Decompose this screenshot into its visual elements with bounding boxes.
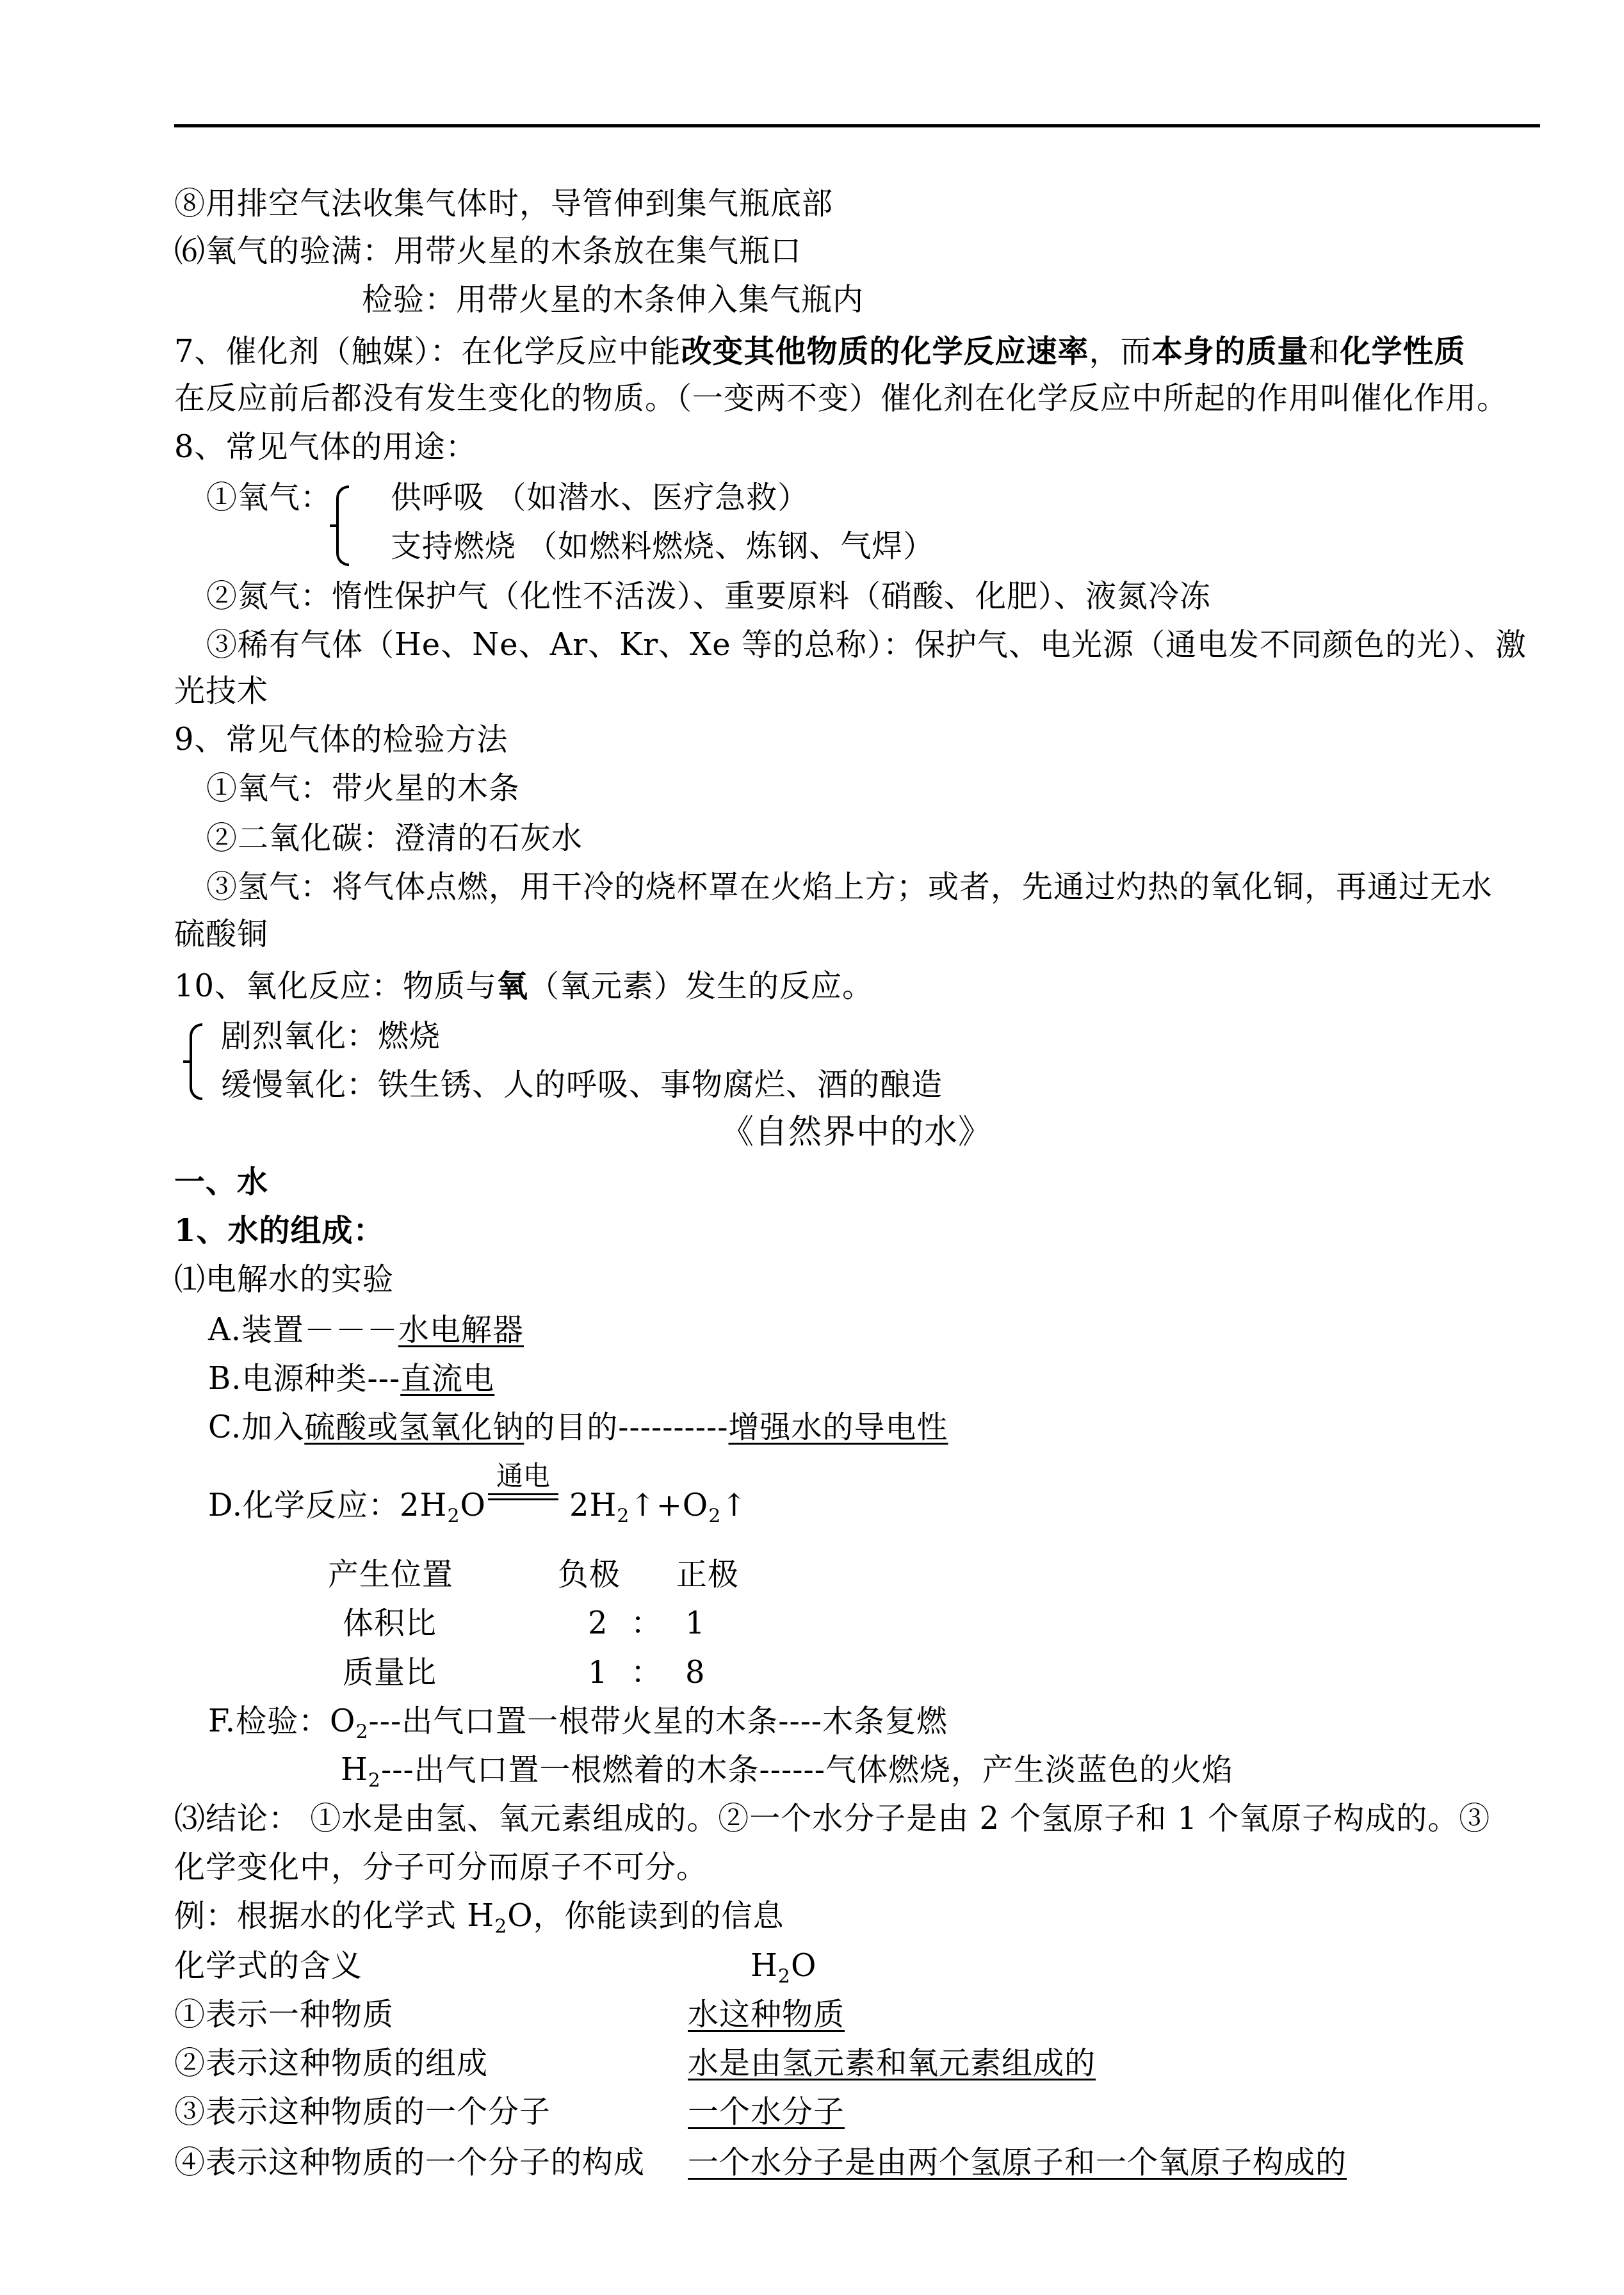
nitrogen-uses: ②氮气：惰性保护气（化性不活泼）、重要原料（硝酸、化肥）、液氮冷冻 [206,577,1211,615]
volume-ratio-negative: 2 [588,1604,608,1642]
reactant-formula-end: O [460,1488,486,1523]
oxygen-subscript: 2 [355,1721,368,1743]
mass-ratio-negative: 1 [588,1653,608,1692]
volume-ratio-label: 体积比 [343,1604,437,1642]
meaning-row-2-right: 水是由氢元素和氧元素组成的 [688,2044,1096,2082]
conclusion-line2: 化学变化中，分子可分而原子不可分。 [174,1848,708,1886]
gas-tests-heading: 9、常见气体的检验方法 [174,720,508,759]
section-water-heading: 一、水 [174,1163,268,1201]
apparatus-answer: 水电解器 [398,1312,524,1348]
noble-gas-uses-line1: ③稀有气体（He、Ne、Ar、Kr、Xe 等的总称）：保护气、电光源（通电发不同… [206,626,1527,664]
gas-uses-heading: 8、常见气体的用途： [174,428,477,466]
additive-purpose-label: 的目的---------- [524,1409,728,1445]
item-a-apparatus: A.装置－－－水电解器 [208,1311,524,1349]
mass-ratio-sep: ： [631,1653,662,1692]
catalyst-prefix: 7、催化剂（触媒）：在化学反应中能 [174,334,681,369]
example-prompt: 例：根据水的化学式 H2O，你能读到的信息 [174,1897,784,1935]
additive-purpose-answer: 增强水的导电性 [729,1409,948,1445]
power-label: B.电源种类--- [208,1361,400,1397]
mass-ratio-positive: 8 [685,1653,706,1692]
water-composition-heading: 1、水的组成： [174,1212,384,1250]
item-8-text: ⑧用排空气法收集气体时，导管伸到集气瓶底部 [174,184,833,223]
noble-gas-uses-line2: 光技术 [174,672,268,710]
oxygen-use-breathing: 供呼吸 （如潜水、医疗急救） [391,478,809,517]
chapter-title: 《自然界中的水》 [720,1113,992,1151]
oxygen-test-text: ---出气口置一根带火星的木条----木条复燃 [369,1703,948,1739]
hydrogen-subscript: 2 [368,1769,381,1792]
meaning-row-3-left: ③表示这种物质的一个分子 [174,2093,551,2131]
catalyst-definition-line2: 在反应前后都没有发生变化的物质。（一变两不变）催化剂在化学反应中所起的作用叫催化… [174,379,1508,418]
oxygen-test-label: F.检验：O [208,1703,355,1739]
table-header-positive: 正极 [676,1555,739,1594]
formula-subscript: 2 [778,1965,791,1988]
meaning-row-1-right: 水这种物质 [688,1995,845,2034]
item-f-hydrogen-test: H2---出气口置一根燃着的木条------气体燃烧，产生淡蓝色的火焰 [341,1751,1233,1789]
formula-h: H [751,1948,778,1984]
oxygen-full-test: ⑹氧气的验满：用带火星的木条放在集气瓶口 [174,232,802,270]
hydrogen-test-text: ---出气口置一根燃着的木条------气体燃烧，产生淡蓝色的火焰 [381,1752,1233,1788]
equals-bar-bottom [488,1498,558,1500]
oxygen-inspection: 检验：用带火星的木条伸入集气瓶内 [362,280,864,319]
condition-text: 通电 [488,1461,558,1491]
reaction-condition: 通电 [488,1461,558,1500]
product-hydrogen-subscript: 2 [617,1505,629,1527]
power-answer: 直流电 [400,1361,494,1397]
item-b-power: B.电源种类---直流电 [208,1359,494,1398]
gas-arrow: ↑ [721,1488,747,1523]
slow-oxidation: 缓慢氧化：铁生锈、人的呼吸、事物腐烂、酒的酿造 [221,1066,943,1104]
co2-test: ②二氧化碳：澄清的石灰水 [206,819,583,857]
electrolysis-experiment: ⑴电解水的实验 [174,1260,394,1299]
oxidation-heading-bold: 氧 [497,968,528,1004]
oxidation-heading-suffix: （氧元素）发生的反应。 [528,968,873,1004]
item-f-oxygen-test: F.检验：O2---出气口置一根带火星的木条----木条复燃 [208,1702,948,1740]
brace-icon [336,485,349,566]
hydrogen-test-line2: 硫酸铜 [174,915,268,953]
reactant-subscript: 2 [447,1505,460,1527]
oxidation-heading: 10、氧化反应：物质与氧（氧元素）发生的反应。 [174,967,873,1005]
header-rule [174,124,1540,127]
volume-ratio-sep: ： [631,1604,662,1642]
catalyst-bold-mass: 本身的质量 [1152,334,1309,369]
product-oxygen-subscript: 2 [708,1505,721,1527]
reaction-label: D.化学反应： [208,1488,400,1523]
additive-answer: 硫酸或氢氧化钠 [304,1409,524,1445]
item-d-reaction: D.化学反应：2H2O2H2↑+O2↑ [208,1486,748,1525]
formula-o: O [791,1948,816,1984]
mass-ratio-label: 质量比 [343,1653,437,1692]
meaning-row-4-right: 一个水分子是由两个氢原子和一个氧原子构成的 [688,2143,1347,2182]
brace-icon [190,1023,202,1100]
product-hydrogen: 2H [569,1488,617,1523]
additive-label: C.加入 [208,1409,304,1445]
equals-bar-top [488,1493,558,1495]
example-subscript: 2 [494,1915,507,1938]
example-suffix: O，你能读到的信息 [507,1898,784,1934]
meanings-header-left: 化学式的含义 [174,1947,362,1985]
meaning-row-2-left: ②表示这种物质的组成 [174,2044,488,2082]
meanings-header-right: H2O [751,1947,816,1985]
catalyst-definition-line1: 7、催化剂（触媒）：在化学反应中能改变其他物质的化学反应速率，而本身的质量和化学… [174,332,1466,371]
oxidation-heading-prefix: 10、氧化反应：物质与 [174,968,497,1004]
conclusion-line1: ⑶结论： ①水是由氢、氧元素组成的。②一个水分子是由 2 个氢原子和 1 个氧原… [174,1799,1490,1838]
catalyst-mid1: ，而 [1089,334,1152,369]
hydrogen-symbol: H [341,1752,368,1788]
catalyst-mid2: 和 [1309,334,1340,369]
catalyst-bold-rate: 改变其他物质的化学反应速率 [681,334,1089,369]
catalyst-bold-property: 化学性质 [1340,334,1466,369]
meaning-row-4-left: ④表示这种物质的一个分子的构成 [174,2143,645,2182]
volume-ratio-positive: 1 [685,1604,706,1642]
product-oxygen: ↑+O [629,1488,708,1523]
oxygen-test: ①氧气：带火星的木条 [206,769,520,807]
table-header-negative: 负极 [558,1555,621,1594]
oxygen-uses-label: ①氧气： [206,478,332,517]
oxygen-use-combustion: 支持燃烧 （如燃料燃烧、炼钢、气焊） [391,527,934,565]
example-prefix: 例：根据水的化学式 H [174,1898,494,1934]
table-header-label: 产生位置 [328,1555,453,1594]
meaning-row-1-left: ①表示一种物质 [174,1995,394,2034]
fast-oxidation: 剧烈氧化：燃烧 [221,1017,441,1055]
apparatus-label: A.装置－－－ [208,1312,398,1348]
hydrogen-test-line1: ③氢气：将气体点燃，用干冷的烧杯罩在火焰上方；或者，先通过灼热的氧化铜，再通过无… [206,868,1493,906]
meaning-row-3-right: 一个水分子 [688,2093,845,2131]
reactant-formula: 2H [400,1488,447,1523]
item-c-additive: C.加入硫酸或氢氧化钠的目的----------增强水的导电性 [208,1408,948,1447]
